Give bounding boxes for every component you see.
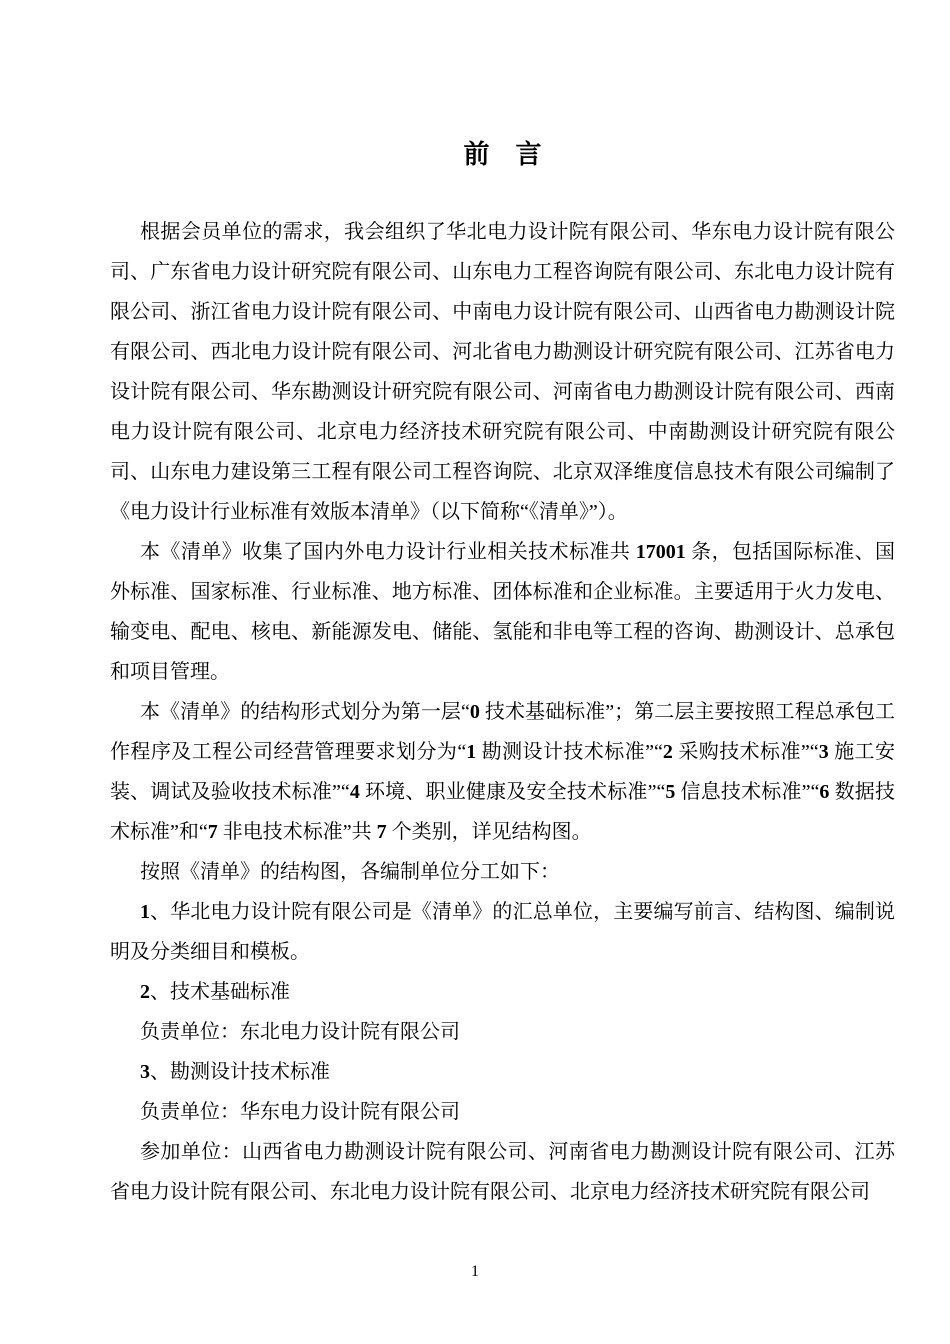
bold-number-run: 1 bbox=[466, 741, 476, 763]
text-run: 按照《清单》的结构图，各编制单位分工如下： bbox=[140, 861, 560, 883]
document-body: 根据会员单位的需求，我会组织了华北电力设计院有限公司、华东电力设计院有限公司、广… bbox=[110, 212, 895, 1212]
structure-paragraph: 本《清单》的结构形式划分为第一层“0 技术基础标准”；第二层主要按照工程总承包工… bbox=[110, 692, 895, 852]
text-run: 环境、职业健康及安全技术标准”“ bbox=[360, 781, 666, 803]
text-run: 负责单位：华东电力设计院有限公司 bbox=[140, 1101, 460, 1123]
bold-number-run: 7 bbox=[377, 821, 387, 843]
bold-number-run: 0 bbox=[470, 701, 480, 723]
bold-number-run: 4 bbox=[350, 781, 360, 803]
text-run: 、勘测设计技术标准 bbox=[150, 1061, 330, 1083]
bold-number-run: 5 bbox=[665, 781, 675, 803]
text-run: 、华北电力设计院有限公司是《清单》的汇总单位，主要编写前言、结构图、编制说明及分… bbox=[110, 901, 895, 963]
page-number: 1 bbox=[0, 1262, 950, 1282]
text-run: 参加单位：山西省电力勘测设计院有限公司、河南省电力勘测设计院有限公司、江苏省电力… bbox=[110, 1141, 895, 1203]
text-run: 本《清单》的结构形式划分为第一层“ bbox=[140, 701, 470, 723]
item-3-heading: 3、勘测设计技术标准 bbox=[110, 1052, 895, 1092]
page-title: 前 言 bbox=[110, 135, 895, 175]
scope-paragraph: 本《清单》收集了国内外电力设计行业相关技术标准共 17001 条，包括国际标准、… bbox=[110, 532, 895, 692]
bold-number-run: 2 bbox=[140, 981, 150, 1003]
division-intro-paragraph: 按照《清单》的结构图，各编制单位分工如下： bbox=[110, 852, 895, 892]
text-run: 勘测设计技术标准”“ bbox=[476, 741, 663, 763]
bold-number-run: 7 bbox=[208, 821, 218, 843]
document-page: 前 言 根据会员单位的需求，我会组织了华北电力设计院有限公司、华东电力设计院有限… bbox=[0, 0, 950, 1344]
bold-number-run: 1 bbox=[140, 901, 150, 923]
text-run: 非电技术标准”共 bbox=[218, 821, 377, 843]
bold-number-run: 3 bbox=[140, 1061, 150, 1083]
text-run: 、技术基础标准 bbox=[150, 981, 290, 1003]
item-1-paragraph: 1、华北电力设计院有限公司是《清单》的汇总单位，主要编写前言、结构图、编制说明及… bbox=[110, 892, 895, 972]
intro-paragraph: 根据会员单位的需求，我会组织了华北电力设计院有限公司、华东电力设计院有限公司、广… bbox=[110, 212, 895, 532]
text-run: 负责单位：东北电力设计院有限公司 bbox=[140, 1021, 460, 1043]
text-run: 根据会员单位的需求，我会组织了华北电力设计院有限公司、华东电力设计院有限公司、广… bbox=[110, 221, 895, 523]
text-run: 信息技术标准”“ bbox=[675, 781, 819, 803]
item-2-responsible-unit: 负责单位：东北电力设计院有限公司 bbox=[110, 1012, 895, 1052]
item-3-responsible-unit: 负责单位：华东电力设计院有限公司 bbox=[110, 1092, 895, 1132]
text-run: 本《清单》收集了国内外电力设计行业相关技术标准共 bbox=[140, 541, 636, 563]
bold-number-run: 3 bbox=[819, 741, 829, 763]
text-run: 个类别，详见结构图。 bbox=[387, 821, 592, 843]
bold-number-run: 2 bbox=[663, 741, 673, 763]
item-2-heading: 2、技术基础标准 bbox=[110, 972, 895, 1012]
text-run: 采购技术标准”“ bbox=[673, 741, 819, 763]
bold-number-run: 6 bbox=[819, 781, 829, 803]
bold-number-run: 17001 bbox=[636, 541, 686, 563]
item-3-participating-units: 参加单位：山西省电力勘测设计院有限公司、河南省电力勘测设计院有限公司、江苏省电力… bbox=[110, 1132, 895, 1212]
